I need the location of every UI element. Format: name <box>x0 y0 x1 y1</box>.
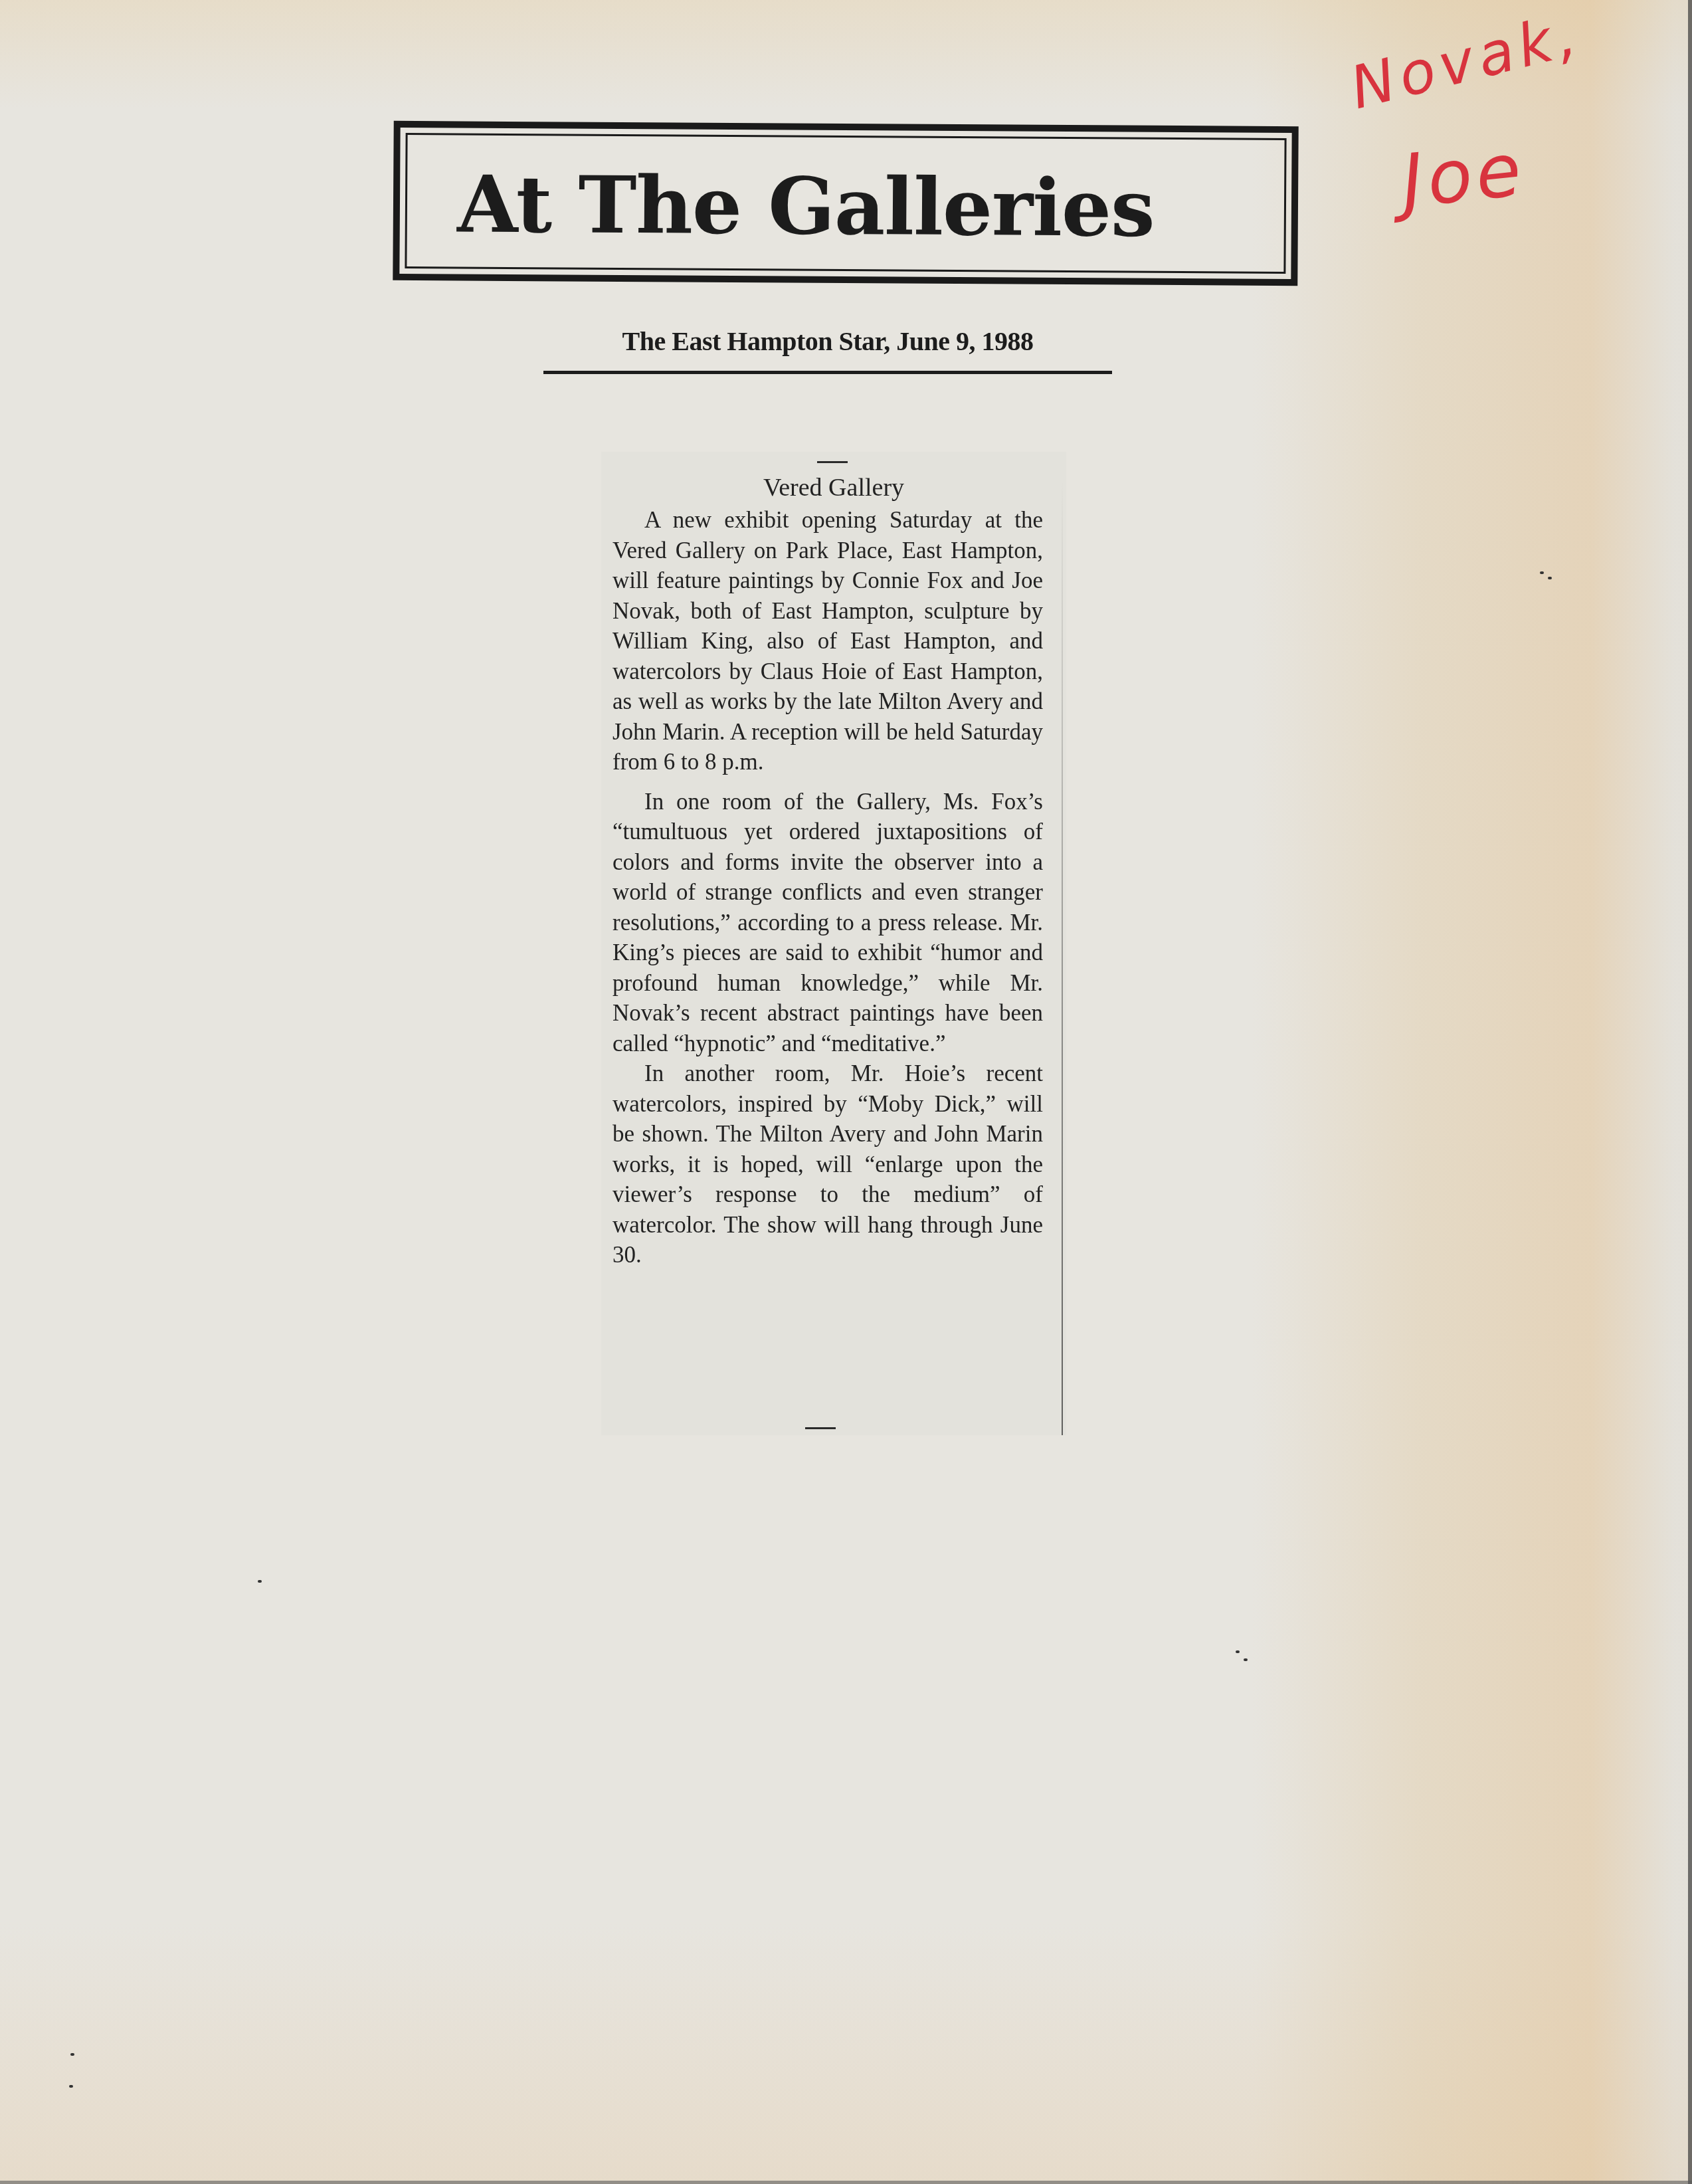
masthead-title: At The Galleries <box>457 157 1155 254</box>
paper-speck <box>1548 577 1552 579</box>
article-paragraph: A new exhibit opening Saturday at the Ve… <box>612 505 1043 777</box>
paper-speck <box>69 2085 73 2088</box>
paper-speck <box>258 1580 262 1583</box>
article-paragraph: In another room, Mr. Hoie’s recent water… <box>612 1058 1043 1270</box>
paper-speck <box>1236 1650 1240 1653</box>
paper-speck <box>1244 1658 1248 1661</box>
masthead-inner-border: At The Galleries <box>405 133 1286 274</box>
article-heading: Vered Gallery <box>601 473 1066 502</box>
source-underline <box>543 371 1112 374</box>
masthead-box: At The Galleries <box>393 121 1298 286</box>
article-body: A new exhibit opening Saturday at the Ve… <box>612 505 1043 1270</box>
article-paragraph: In one room of the Gallery, Ms. Fox’s “t… <box>612 787 1043 1059</box>
paper-speck <box>70 2053 74 2056</box>
source-line: The East Hampton Star, June 9, 1988 <box>543 326 1112 357</box>
handwritten-annotation-firstname: Joe <box>1398 127 1529 225</box>
clipping-edge <box>1062 478 1063 1435</box>
top-dash-rule <box>817 461 848 463</box>
scan-edge-bottom <box>0 2181 1692 2184</box>
paper-speck <box>1540 571 1544 574</box>
bottom-dash-rule <box>805 1427 836 1429</box>
scan-edge-right <box>1688 0 1692 2184</box>
